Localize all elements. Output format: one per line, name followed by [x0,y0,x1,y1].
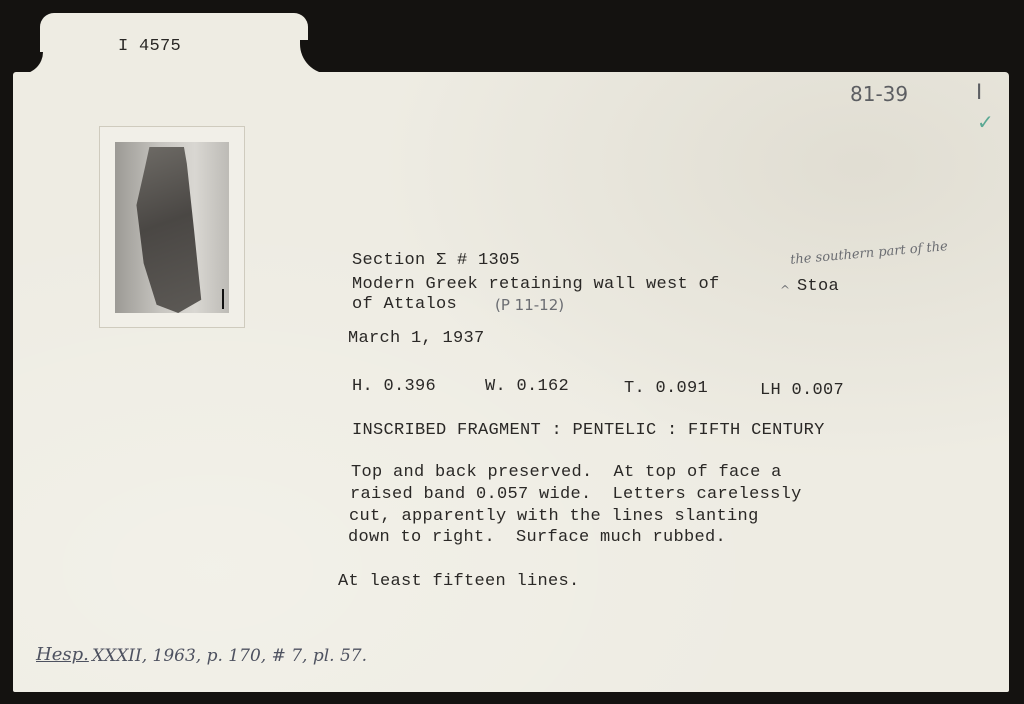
photo-mount [99,126,245,328]
dimension-height: H. 0.396 [352,376,436,398]
location-line-2: of Attalos [352,294,457,316]
description-line-1: Top and back preserved. At top of face a [351,462,782,484]
dimension-letter-height: LH 0.007 [760,380,844,402]
location-line-1-end: Stoa [797,276,839,298]
reference-citation: XXXII, 1963, p. 170, # 7, pl. 57. [92,646,367,666]
description-line-3: cut, apparently with the lines slanting [349,506,759,528]
description-line-4: down to right. Surface much rubbed. [348,527,726,549]
caret-mark: ^ [780,283,790,297]
card-tab-right-curve [300,40,336,74]
dimension-thickness: T. 0.091 [624,378,708,400]
date: March 1, 1937 [348,328,485,350]
stone-fragment-photo [115,142,229,313]
corner-catalog-number: 81-39 [850,82,908,106]
scale-bar-icon [222,289,224,309]
card-tab-left-curve [13,52,43,74]
dimension-width: W. 0.162 [485,376,569,398]
lines-note: At least fifteen lines. [338,571,580,593]
classification: INSCRIBED FRAGMENT : PENTELIC : FIFTH CE… [352,420,825,442]
grid-reference-note: (P 11-12) [495,296,564,314]
corner-letter: I [976,80,982,104]
inventory-number: I 4575 [118,36,181,58]
description-line-2: raised band 0.057 wide. Letters careless… [350,484,802,506]
reference-journal: Hesp. [36,644,89,665]
stone-shape [135,147,207,313]
location-line-1: Modern Greek retaining wall west of [352,274,720,296]
check-mark-icon: ✓ [977,110,994,134]
section-line: Section Σ # 1305 [352,250,520,272]
